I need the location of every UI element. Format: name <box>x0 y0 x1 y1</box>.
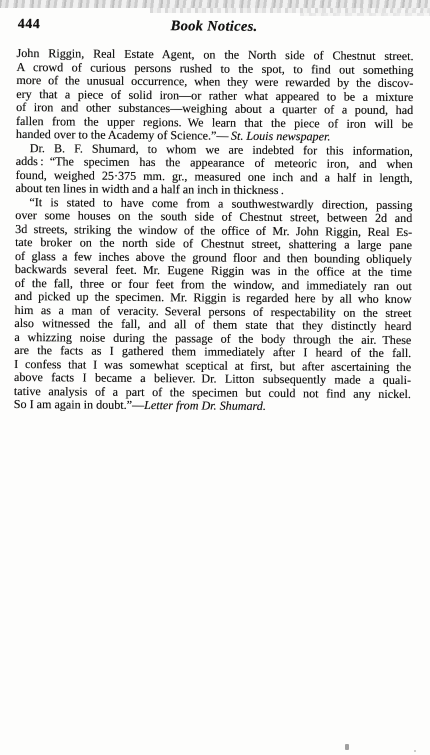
scanned-book-page: 444 Book Notices. John Riggin, Real Esta… <box>0 0 430 755</box>
page-title: Book Notices. <box>171 18 258 36</box>
paragraph: “It is stated to have come from a southw… <box>14 195 413 414</box>
italic-citation: Letter from Dr. Shumard. <box>144 398 266 413</box>
italic-citation: St. Louis newspaper. <box>231 129 331 144</box>
text-line-roman: So I am again in doubt.”— <box>14 397 144 412</box>
page-content: 444 Book Notices. John Riggin, Real Esta… <box>0 0 430 415</box>
page-number: 444 <box>18 17 41 33</box>
scan-speck <box>345 744 349 750</box>
running-head: 444 Book Notices. <box>18 17 414 40</box>
scan-speck <box>414 750 416 752</box>
paragraph: John Riggin, Real Estate Agent, on the N… <box>16 47 414 145</box>
paragraph: Dr. B. F. Shumard, to whom we are indebt… <box>15 141 412 198</box>
page-body-text: John Riggin, Real Estate Agent, on the N… <box>14 47 414 415</box>
